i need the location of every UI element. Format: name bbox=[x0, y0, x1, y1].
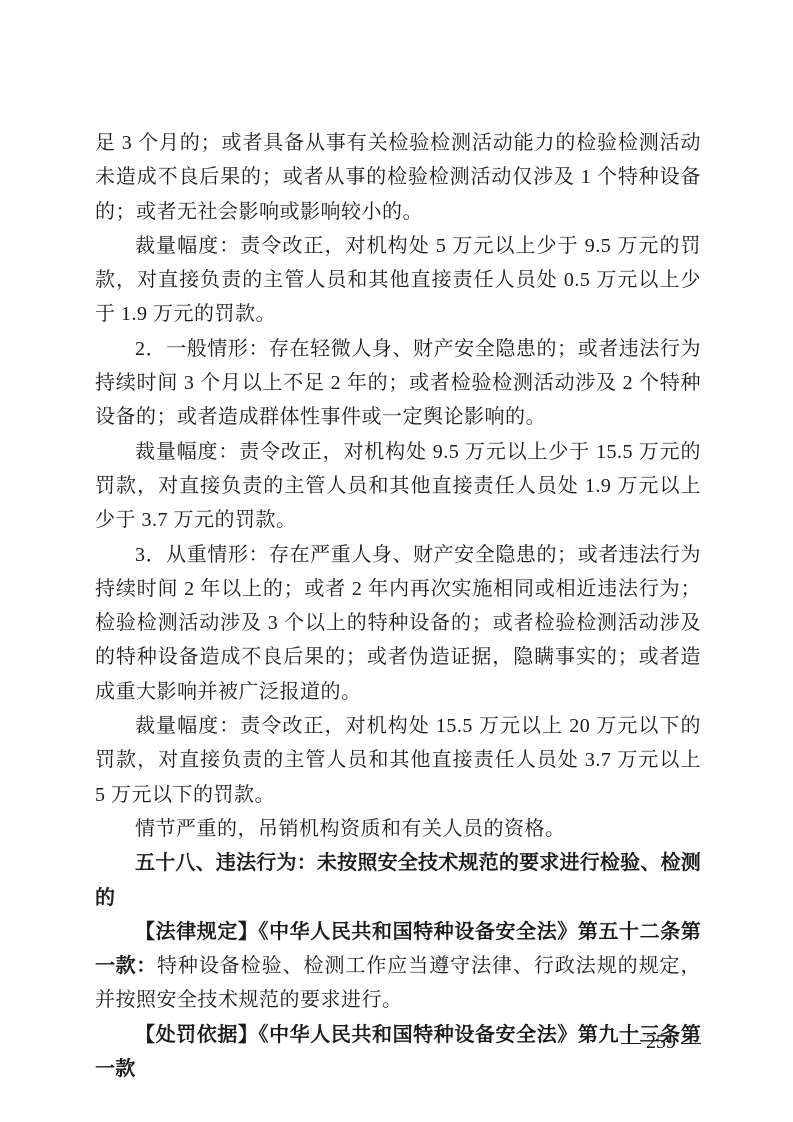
paragraph-penalty-range-3: 裁量幅度：责令改正，对机构处 15.5 万元以上 20 万元以下的罚款，对直接负… bbox=[95, 709, 701, 812]
page-footer: — 259 — bbox=[621, 1030, 701, 1054]
paragraph-continuation: 足 3 个月的；或者具备从事有关检验检测活动能力的检验检测活动未造成不良后果的；… bbox=[95, 126, 701, 229]
paragraph-general-case: 2．一般情形：存在轻微人身、财产安全隐患的；或者违法行为持续时间 3 个月以上不… bbox=[95, 332, 701, 435]
bold-text-run: 五十八、违法行为：未按照安全技术规范的要求进行检验、检测的 bbox=[95, 852, 701, 908]
text-run: 2．一般情形：存在轻微人身、财产安全隐患的；或者违法行为持续时间 3 个月以上不… bbox=[95, 338, 701, 429]
document-body: 足 3 个月的；或者具备从事有关检验检测活动能力的检验检测活动未造成不良后果的；… bbox=[95, 126, 701, 1086]
text-run: 裁量幅度：责令改正，对机构处 9.5 万元以上少于 15.5 万元的罚款，对直接… bbox=[95, 441, 701, 532]
paragraph-legal-provision: 【法律规定】《中华人民共和国特种设备安全法》第五十二条第一款：特种设备检验、检测… bbox=[95, 915, 701, 1018]
text-run: 足 3 个月的；或者具备从事有关检验检测活动能力的检验检测活动未造成不良后果的；… bbox=[95, 132, 701, 223]
text-run: 裁量幅度：责令改正，对机构处 15.5 万元以上 20 万元以下的罚款，对直接负… bbox=[95, 715, 701, 806]
paragraph-penalty-basis: 【处罚依据】《中华人民共和国特种设备安全法》第九十三条第一款 bbox=[95, 1018, 701, 1087]
text-run: 特种设备检验、检测工作应当遵守法律、行政法规的规定，并按照安全技术规范的要求进行… bbox=[95, 955, 701, 1011]
paragraph-aggravated-case: 3．从重情形：存在严重人身、财产安全隐患的；或者违法行为持续时间 2 年以上的；… bbox=[95, 538, 701, 709]
document-page: 足 3 个月的；或者具备从事有关检验检测活动能力的检验检测活动未造成不良后果的；… bbox=[0, 0, 793, 1122]
text-run: 3．从重情形：存在严重人身、财产安全隐患的；或者违法行为持续时间 2 年以上的；… bbox=[95, 544, 701, 703]
text-run: 情节严重的，吊销机构资质和有关人员的资格。 bbox=[135, 818, 566, 840]
text-run: 裁量幅度：责令改正，对机构处 5 万元以上少于 9.5 万元的罚款，对直接负责的… bbox=[95, 235, 701, 326]
paragraph-heading-item-58: 五十八、违法行为：未按照安全技术规范的要求进行检验、检测的 bbox=[95, 846, 701, 915]
paragraph-severe-case: 情节严重的，吊销机构资质和有关人员的资格。 bbox=[95, 812, 701, 846]
paragraph-penalty-range-1: 裁量幅度：责令改正，对机构处 5 万元以上少于 9.5 万元的罚款，对直接负责的… bbox=[95, 229, 701, 332]
bold-text-run: 【处罚依据】《中华人民共和国特种设备安全法》第九十三条第一款 bbox=[95, 1024, 701, 1080]
paragraph-penalty-range-2: 裁量幅度：责令改正，对机构处 9.5 万元以上少于 15.5 万元的罚款，对直接… bbox=[95, 435, 701, 538]
page-number: — 259 — bbox=[621, 1031, 701, 1053]
